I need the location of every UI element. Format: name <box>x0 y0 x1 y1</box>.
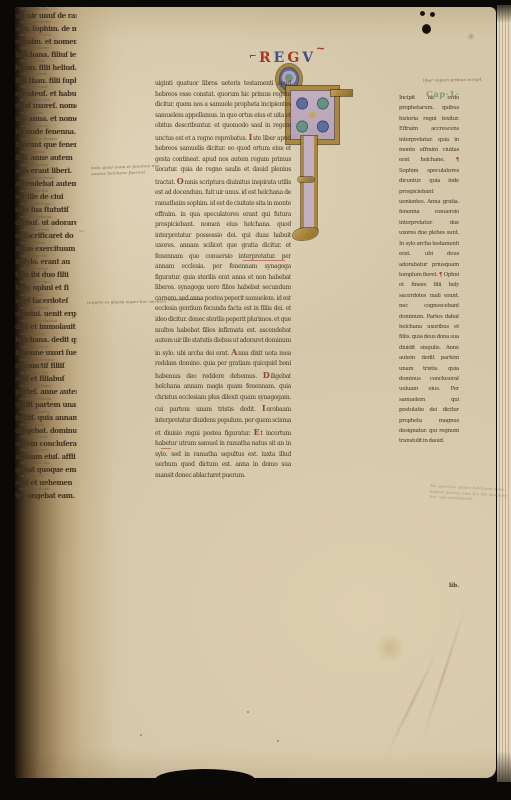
bible-text-line: boam. filii heliud. <box>15 64 76 72</box>
gloss-paragraph: Per samuelem qui postulatio dei dicitur … <box>399 386 459 444</box>
bible-text-line: non erant liberi. <box>15 167 76 175</box>
gloss-paragraph: ¶ Ophni et finees filii hely sacerdotes … <box>399 272 459 320</box>
bible-text-line: neeſ ſacerdoteſ <box>15 297 76 305</box>
bible-text-line: dedit partem unam <box>15 401 76 409</box>
bible-text-line: dieſ et immolauit <box>15 323 76 331</box>
speck <box>140 734 142 736</box>
bible-text-line: ter angebat eam. <box>15 492 76 500</box>
rubricated-initial: I <box>249 132 253 142</box>
running-title-tilde: ~ <box>316 42 325 55</box>
gloss-paragraph: Effraim accrescens interpretatur. quia i… <box>399 126 459 163</box>
left-gloss-column: uiginti quatuor libros ueteris testament… <box>155 79 291 578</box>
bible-text-line: aim. ſophim. de monte <box>15 25 76 33</box>
bible-text-line: parteſ. anne autem <box>15 388 76 396</box>
bible-text-line: fenenne uxori ſue <box>15 349 76 357</box>
initial-stem <box>301 136 317 230</box>
bible-text-line: effraim. et nomen eiuſ <box>15 38 76 46</box>
bible-text-column: in ciuitate illauit uir unuſ de ramathid… <box>15 7 79 517</box>
gloss-paragraph: ¶ Sophim speculatores dicuntur. quia ind… <box>399 157 459 205</box>
page-bottom-edge-defect <box>155 769 255 781</box>
parchment-crease <box>421 606 466 740</box>
rubricated-initial: A <box>231 347 238 357</box>
initial-top-arm <box>331 90 352 96</box>
bible-text-line: et ſacrificaret do <box>15 232 76 240</box>
bible-text-line: uuluam eiuſ. affli <box>15 453 76 461</box>
bible-text-line: triſtiſ. quia annam <box>15 414 76 422</box>
gloss-paragraph: quia sterilis erat anna et non habebat l… <box>155 274 291 357</box>
gloss-paragraph: Omnis scriptura diuinitus inspirata util… <box>155 179 291 281</box>
rubricated-initial: O <box>177 176 185 186</box>
bible-text-line: mino exercituum <box>15 245 76 253</box>
bible-text-line: filii thau. filii ſuph. <box>15 77 76 85</box>
bible-text-line: aſcendebat autem <box>15 180 76 188</box>
right-gloss-column: Incipit hic ordo prophetarum. quibus his… <box>399 93 459 581</box>
bible-text-line: diligebat. dominuſ <box>15 427 76 435</box>
bible-text-line: filii. anne autem <box>15 154 76 162</box>
margin-note-text: require in glossa super hoc uerbum <box>87 298 166 304</box>
rubricated-initial: D <box>263 370 271 380</box>
right-gloss-last-line: lib. <box>399 583 459 589</box>
bible-text-line: uni anna. et nomen <box>15 115 76 123</box>
bible-text-line: gebat quoque emula <box>15 466 76 474</box>
initial-stem-knob <box>298 177 314 182</box>
bible-text-line: eiuſ et uehemen <box>15 479 76 487</box>
gloss-paragraph: uiginti quatuor libros ueteris testament… <box>155 80 291 142</box>
bible-text-line: effrateuſ. et habuit <box>15 90 76 98</box>
margin-note-above-chapter: liber regum primus incipit <box>423 76 501 83</box>
book-fore-edge <box>497 5 511 782</box>
rubricated-initial: I <box>262 403 266 413</box>
red-tick <box>161 448 171 449</box>
margin-edge-mark: ms <box>79 229 99 235</box>
chapter-mark: Cap·1· <box>426 90 459 100</box>
parchment-page: ⌐ ~ REGV uiginti quatuor libros ueteris … <box>15 7 496 778</box>
red-underline <box>243 260 285 261</box>
bible-text-line: uit uir unuſ de ramath <box>15 12 76 20</box>
parchment-crease <box>385 649 439 758</box>
initial-foot-flourish <box>293 228 318 240</box>
margin-note-left-top: nota quod anna et fenenna due uxores hel… <box>91 163 163 177</box>
bible-text-line: domini. uenit ergo <box>15 310 76 318</box>
bible-text-line: helchana. filiuſ iero <box>15 51 76 59</box>
speck <box>247 711 249 713</box>
red-paragraph-mark: ¶ <box>439 272 444 278</box>
manuscript-photo: ⌐ ~ REGV uiginti quatuor libros ueteris … <box>0 0 511 800</box>
bible-text-line: hely. ophni et fi <box>15 284 76 292</box>
bible-text-line: fuerunt que fenenne <box>15 141 76 149</box>
ink-spot <box>467 33 475 40</box>
bible-text-line: tem ibi duo filii <box>15 271 76 279</box>
running-title-flourish: ⌐ <box>249 52 257 62</box>
bible-text-line: uir ille de ciui <box>15 193 76 201</box>
gloss-paragraph: Anne autem dedit partem unam tristis. qu… <box>399 345 459 393</box>
bible-text-line: helchana. dedit que <box>15 336 76 344</box>
parchment-stain <box>373 635 407 661</box>
wormhole <box>420 11 425 16</box>
bible-text-line: ſecunde fenenna. <box>15 128 76 136</box>
bible-text-line: et cunctiſ filiiſ <box>15 362 76 370</box>
wormhole <box>422 24 431 34</box>
bible-text-line: duaſ uxoreſ. nomen <box>15 102 76 110</box>
rubricated-initial: E <box>254 427 261 437</box>
running-title-letter: R <box>259 50 274 66</box>
bible-text-line: autem concluſerat <box>15 440 76 448</box>
wormhole <box>430 12 435 17</box>
bible-text-line: diebuſ. ut adoraret <box>15 219 76 227</box>
bible-text-line: tate ſua ſtatutiſ <box>15 206 76 214</box>
speck <box>277 740 279 742</box>
running-title-letter: V <box>302 50 316 66</box>
bible-text-line: in ſylo. erant au <box>15 258 76 266</box>
red-paragraph-mark: ¶ <box>456 157 459 163</box>
bible-text-line: eiuſ et filiabuſ <box>15 375 76 383</box>
